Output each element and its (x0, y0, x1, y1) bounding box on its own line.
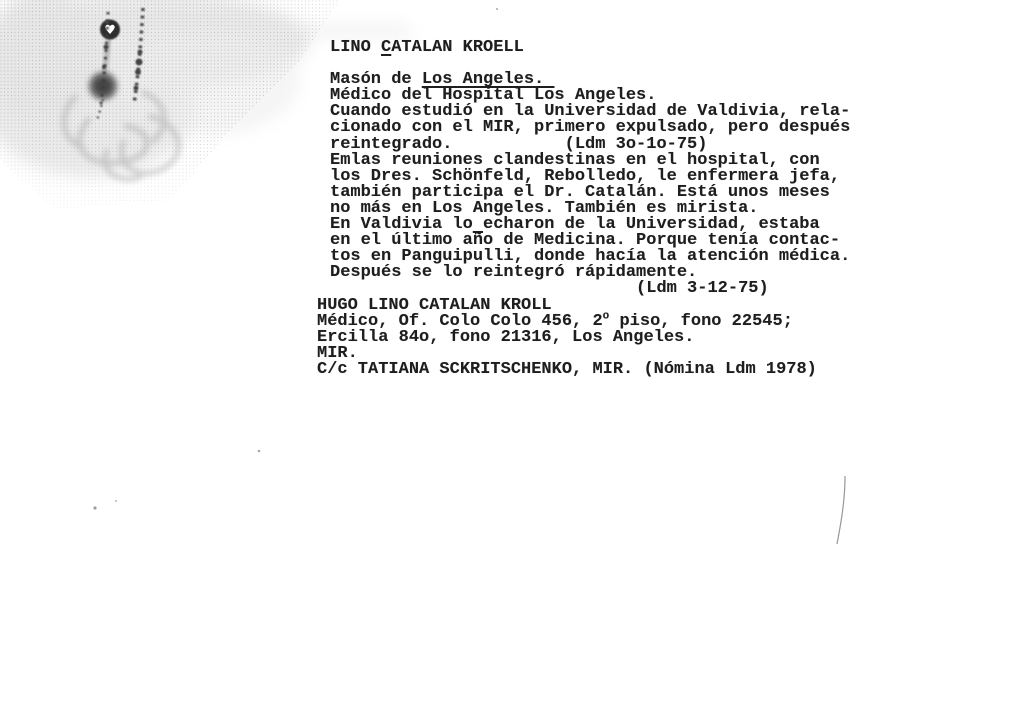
text-line: LINO CATALAN KROELL (330, 40, 850, 56)
scanned-document-page: LINO CATALAN KROELL Masón de Los Angeles… (0, 0, 1012, 717)
text-segment: Ercilla 84o, fono 21316, Los Angeles. (317, 328, 694, 347)
scratch-line (837, 476, 845, 544)
text-segment: C/c TATIANA SCKRITSCHENKO, MIR. (Nómina … (317, 360, 817, 379)
text-line: Ercilla 84o, fono 21316, Los Angeles. (317, 330, 850, 346)
text-line: C/c TATIANA SCKRITSCHENKO, MIR. (Nómina … (317, 362, 850, 378)
typewritten-text: LINO CATALAN KROELL Masón de Los Angeles… (330, 40, 850, 378)
text-segment: ATALAN KROELL (391, 38, 524, 57)
text-segment: C (381, 38, 391, 57)
